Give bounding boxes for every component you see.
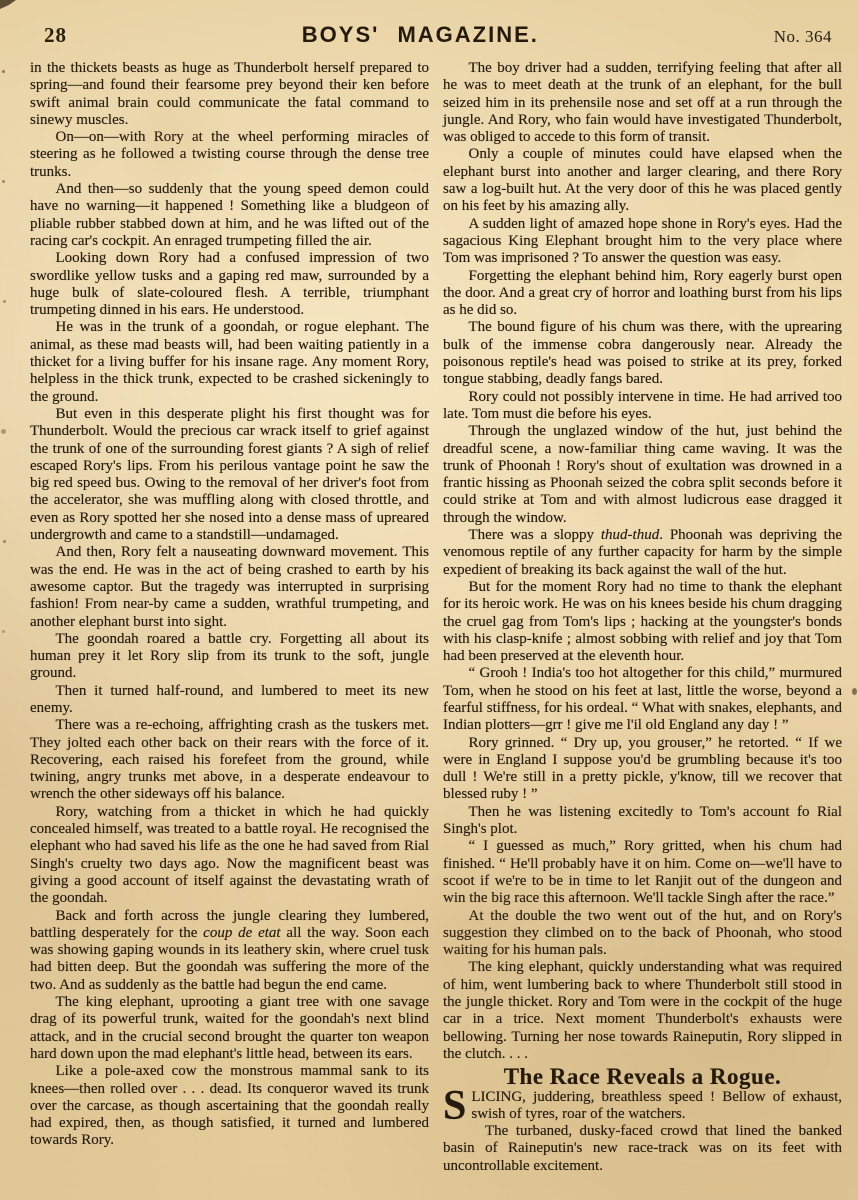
scan-corner-mark <box>0 0 16 9</box>
paragraph: Through the unglazed window of the hut, … <box>443 423 842 527</box>
section-heading: The Race Reveals a Rogue. <box>443 1068 842 1085</box>
paragraph: He was in the trunk of a goondah, or rog… <box>30 319 429 405</box>
paragraph: Like a pole-axed cow the monstrous mamma… <box>30 1063 429 1149</box>
scan-edge-speck <box>852 688 857 695</box>
paragraph: “ Grooh ! India's too hot altogether for… <box>443 665 842 734</box>
drop-cap: S <box>443 1089 471 1122</box>
paragraph: Then it turned half-round, and lumbered … <box>30 683 429 718</box>
paragraph: The turbaned, dusky-faced crowd that lin… <box>443 1123 842 1175</box>
left-column: in the thickets beasts as huge as Thunde… <box>30 60 429 1175</box>
paragraph: But even in this desperate plight his fi… <box>30 406 429 544</box>
paragraph: The king elephant, uprooting a giant tre… <box>30 994 429 1063</box>
paragraph: There was a sloppy thud-thud. Phoonah wa… <box>443 527 842 579</box>
italic-phrase: thud-thud <box>601 527 659 543</box>
paragraph: At the double the two went out of the hu… <box>443 908 842 960</box>
paragraph: Forgetting the elephant behind him, Rory… <box>443 268 842 320</box>
paragraph: And then, Rory felt a nauseating downwar… <box>30 544 429 630</box>
issue-number: No. 364 <box>774 27 832 47</box>
paragraph-text: LICING, juddering, breathless speed ! Be… <box>471 1089 842 1122</box>
scan-edge-specks <box>2 70 5 73</box>
magazine-page: 28 BOYS' MAGAZINE. No. 364 in the thicke… <box>0 0 858 1200</box>
paragraph: A sudden light of amazed hope shone in R… <box>443 216 842 268</box>
magazine-title: BOYS' MAGAZINE. <box>67 22 774 48</box>
paragraph: Then he was listening excitedly to Tom's… <box>443 804 842 839</box>
right-column: The boy driver had a sudden, terrifying … <box>443 60 842 1175</box>
italic-phrase: coup de etat <box>203 925 280 941</box>
paragraph: in the thickets beasts as huge as Thunde… <box>30 60 429 129</box>
paragraph: The king elephant, quickly understanding… <box>443 959 842 1063</box>
paragraph: The goondah roared a battle cry. Forgett… <box>30 631 429 683</box>
paragraph: The boy driver had a sudden, terrifying … <box>443 60 842 146</box>
paragraph: Rory, watching from a thicket in which h… <box>30 804 429 908</box>
paragraph: SLICING, juddering, breathless speed ! B… <box>443 1089 842 1124</box>
paragraph: Back and forth across the jungle clearin… <box>30 908 429 994</box>
paragraph: There was a re-echoing, affrighting cras… <box>30 717 429 803</box>
paragraph: And then—so suddenly that the young spee… <box>30 181 429 250</box>
article-body: in the thickets beasts as huge as Thunde… <box>30 60 842 1175</box>
paragraph: Only a couple of minutes could have elap… <box>443 146 842 215</box>
paragraph: “ I guessed as much,” Rory gritted, when… <box>443 838 842 907</box>
page-number: 28 <box>44 23 67 48</box>
paragraph: Rory could not possibly intervene in tim… <box>443 389 842 424</box>
page-header: 28 BOYS' MAGAZINE. No. 364 <box>30 16 842 48</box>
paragraph: The bound figure of his chum was there, … <box>443 319 842 388</box>
paragraph: Rory grinned. “ Dry up, you grouser,” he… <box>443 735 842 804</box>
paragraph: But for the moment Rory had no time to t… <box>443 579 842 665</box>
paragraph: Looking down Rory had a confused impress… <box>30 250 429 319</box>
paragraph: On—on—with Rory at the wheel performing … <box>30 129 429 181</box>
paragraph-text: There was a sloppy <box>469 527 601 543</box>
